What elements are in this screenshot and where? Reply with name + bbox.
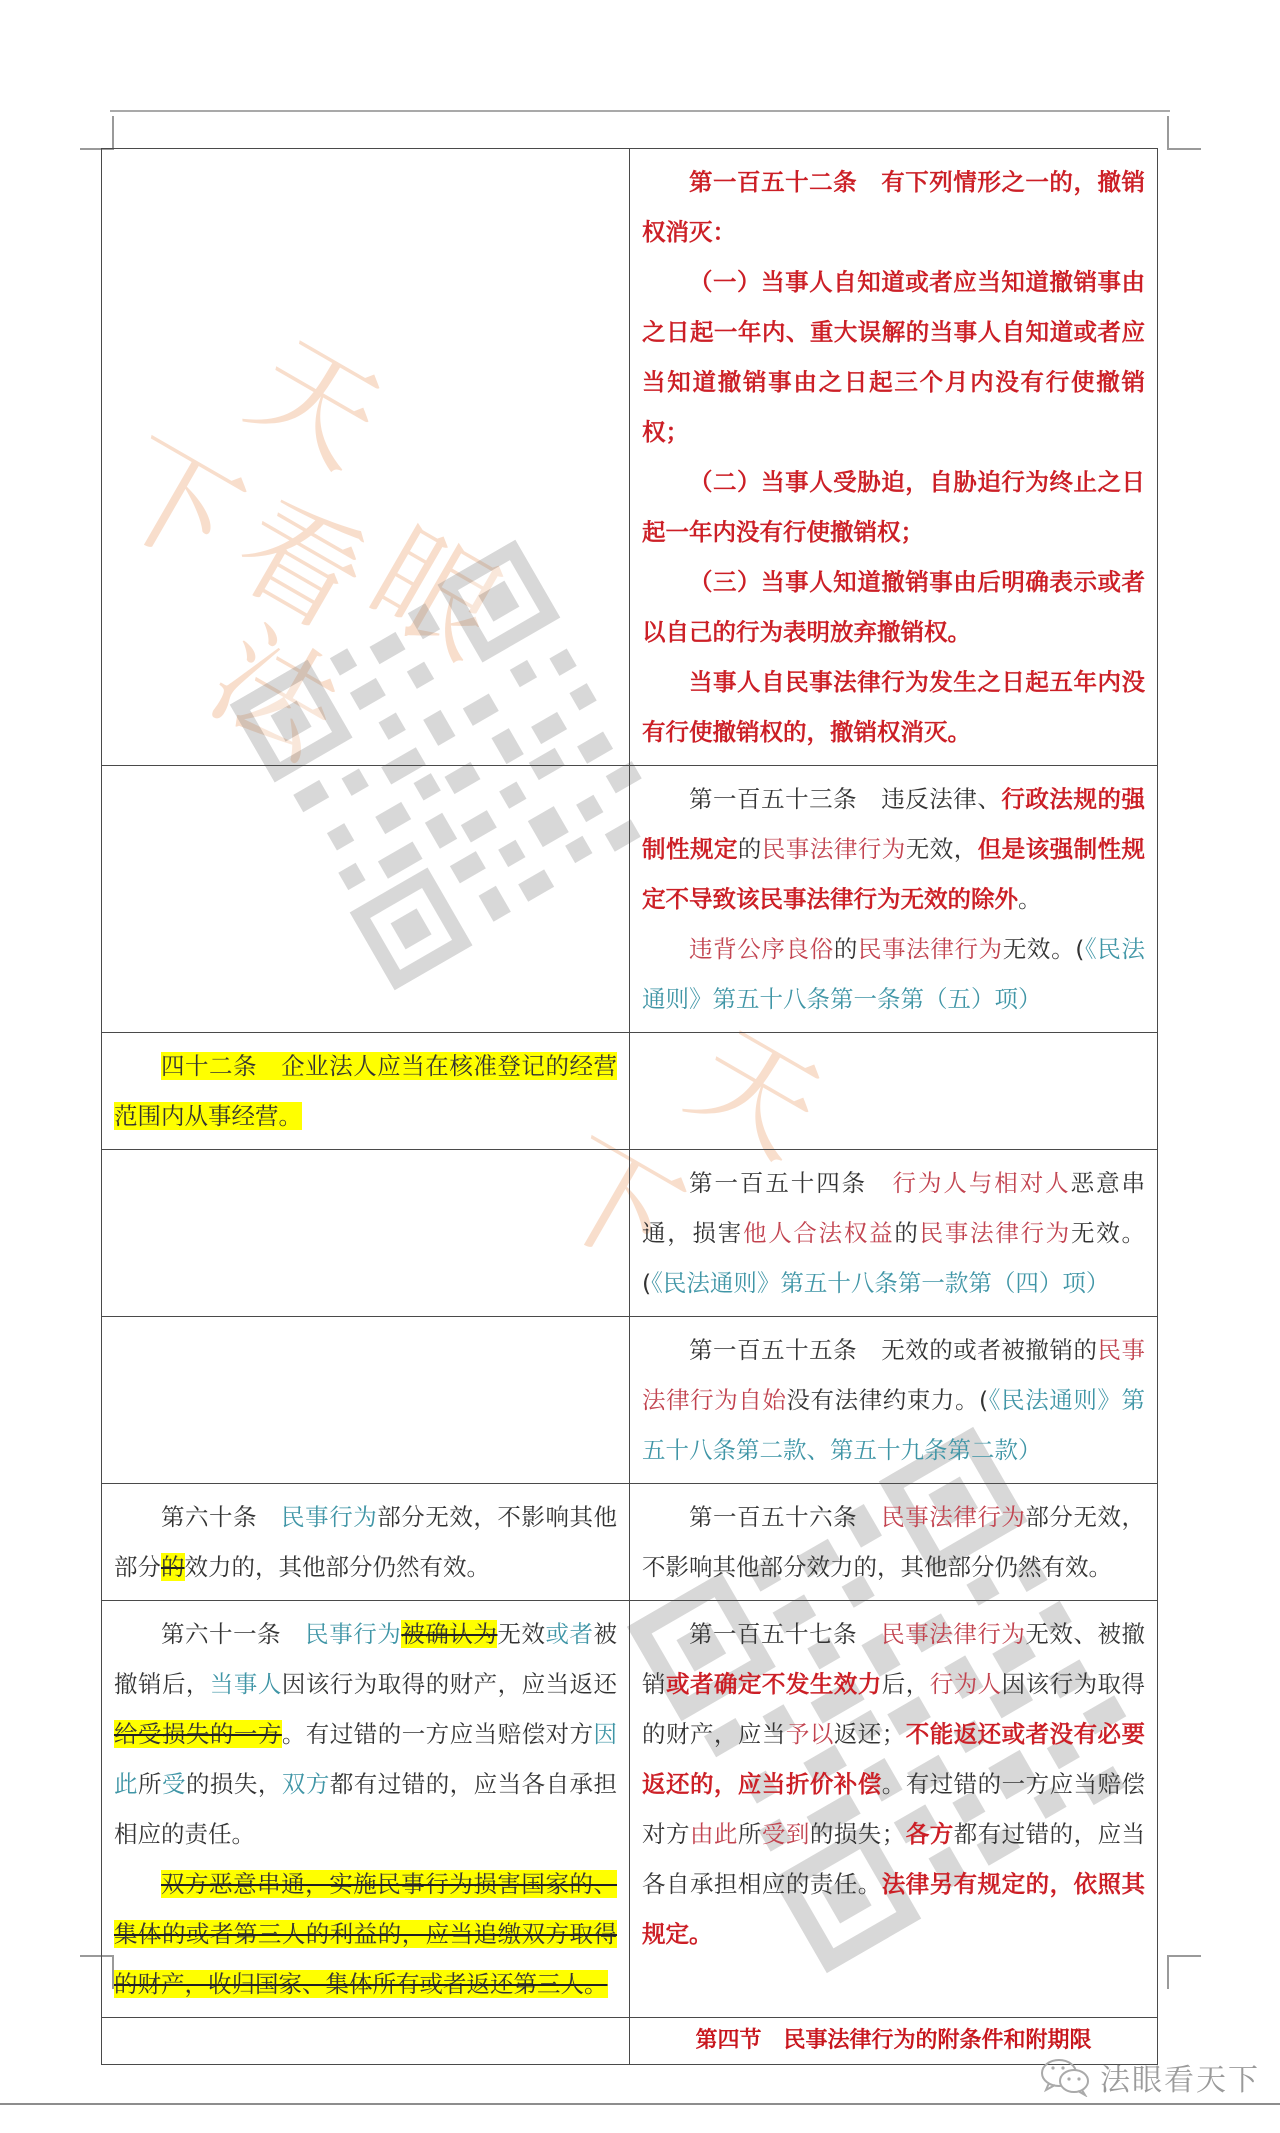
new-law-cell: 第一百五十五条 无效的或者被撤销的民事法律行为自始没有法律约束力。(《民法通则》… — [630, 1317, 1158, 1484]
article-paragraph: 第六十一条 民事行为被确认为无效或者被撤销后，当事人因该行为取得的财产，应当返还… — [114, 1609, 617, 1859]
text-run: 民事法律行为 — [762, 835, 906, 863]
text-run: 第一百五十七条 — [689, 1620, 881, 1648]
corner-mark-top-right — [1167, 116, 1201, 150]
text-run: 第一百五十五条 无效的或者被撤销的 — [689, 1336, 1097, 1364]
text-run: 当事人自民事法律行为发生之日起五年内没有行使撤销权的，撤销权消灭。 — [642, 668, 1145, 746]
text-run: 无效， — [906, 835, 978, 863]
text-run: 的损失， — [186, 1770, 282, 1798]
article-paragraph: 第一百五十四条 行为人与相对人恶意串通，损害他人合法权益的民事法律行为无效。(《… — [642, 1158, 1145, 1308]
text-run: 的损失； — [810, 1820, 905, 1848]
text-run: 的 — [161, 1553, 185, 1581]
old-law-cell: 第六十一条 民事行为被确认为无效或者被撤销后，当事人因该行为取得的财产，应当返还… — [102, 1601, 630, 2018]
old-law-cell: 四十二条 企业法人应当在核准登记的经营范围内从事经营。 — [102, 1033, 630, 1150]
old-law-cell — [102, 1317, 630, 1484]
text-run: 四十二条 企业法人应当在核准登记的经营范围内从事经营。 — [114, 1052, 617, 1130]
text-run: 双方恶意串通，实施民事行为损害国家的、集体的或者第三人的利益的，应当追缴双方取得… — [114, 1870, 617, 1998]
text-run: 或者确定不发生效力 — [666, 1670, 882, 1698]
text-run: 所 — [738, 1820, 762, 1848]
text-run: 的 — [834, 935, 858, 963]
article-paragraph: （一）当事人自知道或者应当知道撤销事由之日起一年内、重大误解的当事人自知道或者应… — [642, 257, 1145, 457]
footer-logo-text: 法眼看天下 — [1100, 2055, 1260, 2099]
text-run: 给受损失的一方 — [114, 1720, 282, 1748]
text-run: 当事人 — [210, 1670, 282, 1698]
article-paragraph: 第一百五十七条 民事法律行为无效、被撤销或者确定不发生效力后，行为人因该行为取得… — [642, 1609, 1145, 1959]
text-run: 双方 — [282, 1770, 330, 1798]
article-paragraph: （三）当事人知道撤销事由后明确表示或者以自己的行为表明放弃撤销权。 — [642, 557, 1145, 657]
text-run: 民事法律行为 — [920, 1219, 1071, 1247]
text-run: 违背公序良俗 — [689, 935, 834, 963]
text-run: （二）当事人受胁迫，自胁迫行为终止之日起一年内没有行使撤销权； — [642, 468, 1145, 546]
text-run: 民事法律行为 — [881, 1620, 1025, 1648]
text-run: 第一百五十二条 有下列情形之一的，撤销权消灭： — [642, 168, 1145, 246]
old-law-cell — [102, 1150, 630, 1317]
table-row: 第一百五十四条 行为人与相对人恶意串通，损害他人合法权益的民事法律行为无效。(《… — [102, 1150, 1158, 1317]
corner-mark-bottom-right — [1167, 1955, 1201, 1989]
table-row: 第六十条 民事行为部分无效，不影响其他部分的效力的，其他部分仍然有效。 第一百五… — [102, 1484, 1158, 1601]
text-run: 第六十一条 — [161, 1620, 305, 1648]
text-run: 因该行为取得的财产，应当返还 — [282, 1670, 617, 1698]
new-law-cell — [630, 1033, 1158, 1150]
wechat-icon — [1040, 2057, 1092, 2097]
text-run: 受到 — [762, 1820, 810, 1848]
new-law-cell: 第一百五十七条 民事法律行为无效、被撤销或者确定不发生效力后，行为人因该行为取得… — [630, 1601, 1158, 2018]
corner-mark-top-left — [80, 116, 114, 150]
text-run: 第一百五十四条 — [689, 1169, 893, 1197]
text-run: 民事行为 — [281, 1503, 377, 1531]
text-run: 第一百五十三条 违反法律、 — [689, 785, 1001, 813]
old-law-cell — [102, 766, 630, 1033]
page-bottom-rule — [0, 2103, 1280, 2105]
text-run: 或者 — [545, 1620, 593, 1648]
table-row: 第一百五十三条 违反法律、行政法规的强制性规定的民事法律行为无效，但是该强制性规… — [102, 766, 1158, 1033]
text-run: 。有过错的一方应当赔偿对方 — [282, 1720, 594, 1748]
table-row: 第一百五十五条 无效的或者被撤销的民事法律行为自始没有法律约束力。(《民法通则》… — [102, 1317, 1158, 1484]
text-run: 的 — [738, 835, 762, 863]
text-run: 予以 — [786, 1720, 834, 1748]
text-run: 无效 — [497, 1620, 545, 1648]
text-run: 他人合法权益 — [743, 1219, 894, 1247]
text-run: （三）当事人知道撤销事由后明确表示或者以自己的行为表明放弃撤销权。 — [642, 568, 1145, 646]
table-row: 第六十一条 民事行为被确认为无效或者被撤销后，当事人因该行为取得的财产，应当返还… — [102, 1601, 1158, 2018]
text-run: 后， — [882, 1670, 930, 1698]
text-run: 《民法通则》第五十八条第一款第（四）项） — [651, 1269, 1109, 1297]
text-run: 返还； — [834, 1720, 905, 1748]
page-top-rule — [110, 110, 1170, 112]
old-law-cell: 第六十条 民事行为部分无效，不影响其他部分的效力的，其他部分仍然有效。 — [102, 1484, 630, 1601]
text-run: 行为人与相对人 — [893, 1169, 1071, 1197]
text-run: 行为人 — [930, 1670, 1002, 1698]
section-title: 第四节 民事法律行为的附条件和附期限 — [642, 2026, 1145, 2056]
article-paragraph: 双方恶意串通，实施民事行为损害国家的、集体的或者第三人的利益的，应当追缴双方取得… — [114, 1859, 617, 2009]
text-run: 。 — [1018, 885, 1042, 913]
article-paragraph: 第一百五十二条 有下列情形之一的，撤销权消灭： — [642, 157, 1145, 257]
article-paragraph: 第一百五十六条 民事法律行为部分无效，不影响其他部分效力的，其他部分仍然有效。 — [642, 1492, 1145, 1592]
article-paragraph: 四十二条 企业法人应当在核准登记的经营范围内从事经营。 — [114, 1041, 617, 1141]
table-row-section: 第四节 民事法律行为的附条件和附期限 — [102, 2018, 1158, 2065]
footer-logo: 法眼看天下 — [1040, 2055, 1260, 2099]
text-run: 民事法律行为 — [858, 935, 1003, 963]
text-run: 受 — [162, 1770, 186, 1798]
text-run: 民事行为 — [305, 1620, 401, 1648]
text-run: 第六十条 — [161, 1503, 281, 1531]
text-run: （一）当事人自知道或者应当知道撤销事由之日起一年内、重大误解的当事人自知道或者应… — [642, 268, 1145, 446]
new-law-cell: 第一百五十三条 违反法律、行政法规的强制性规定的民事法律行为无效，但是该强制性规… — [630, 766, 1158, 1033]
article-paragraph: 第一百五十三条 违反法律、行政法规的强制性规定的民事法律行为无效，但是该强制性规… — [642, 774, 1145, 924]
new-law-cell: 第一百五十二条 有下列情形之一的，撤销权消灭：（一）当事人自知道或者应当知道撤销… — [630, 149, 1158, 766]
text-run: 效力的，其他部分仍然有效。 — [185, 1553, 491, 1581]
article-paragraph: 违背公序良俗的民事法律行为无效。(《民法通则》第五十八条第一条第（五）项） — [642, 924, 1145, 1024]
old-law-cell — [102, 2018, 630, 2065]
article-paragraph: 当事人自民事法律行为发生之日起五年内没有行使撤销权的，撤销权消灭。 — [642, 657, 1145, 757]
text-run: 由此 — [690, 1820, 738, 1848]
text-run: 各方 — [905, 1820, 953, 1848]
table-row: 四十二条 企业法人应当在核准登记的经营范围内从事经营。 — [102, 1033, 1158, 1150]
law-comparison-table: 第一百五十二条 有下列情形之一的，撤销权消灭：（一）当事人自知道或者应当知道撤销… — [101, 148, 1158, 2065]
text-run: 被确认为 — [401, 1620, 497, 1648]
text-run: 的 — [894, 1219, 919, 1247]
document-page: 天 下 看 眼 法 天 下 第一百五十二条 有下列情形之一的，撤销权消灭：（一）… — [0, 0, 1280, 2133]
text-run: 所 — [138, 1770, 162, 1798]
article-paragraph: 第六十条 民事行为部分无效，不影响其他部分的效力的，其他部分仍然有效。 — [114, 1492, 617, 1592]
table-row: 第一百五十二条 有下列情形之一的，撤销权消灭：（一）当事人自知道或者应当知道撤销… — [102, 149, 1158, 766]
article-paragraph: （二）当事人受胁迫，自胁迫行为终止之日起一年内没有行使撤销权； — [642, 457, 1145, 557]
text-run: 民事法律行为 — [881, 1503, 1025, 1531]
old-law-cell — [102, 149, 630, 766]
new-law-cell: 第一百五十六条 民事法律行为部分无效，不影响其他部分效力的，其他部分仍然有效。 — [630, 1484, 1158, 1601]
text-run: 第一百五十六条 — [689, 1503, 881, 1531]
article-paragraph: 第一百五十五条 无效的或者被撤销的民事法律行为自始没有法律约束力。(《民法通则》… — [642, 1325, 1145, 1475]
text-run: 无效。( — [1003, 935, 1085, 963]
new-law-cell: 第一百五十四条 行为人与相对人恶意串通，损害他人合法权益的民事法律行为无效。(《… — [630, 1150, 1158, 1317]
text-run: 没有法律约束力。( — [786, 1386, 988, 1414]
